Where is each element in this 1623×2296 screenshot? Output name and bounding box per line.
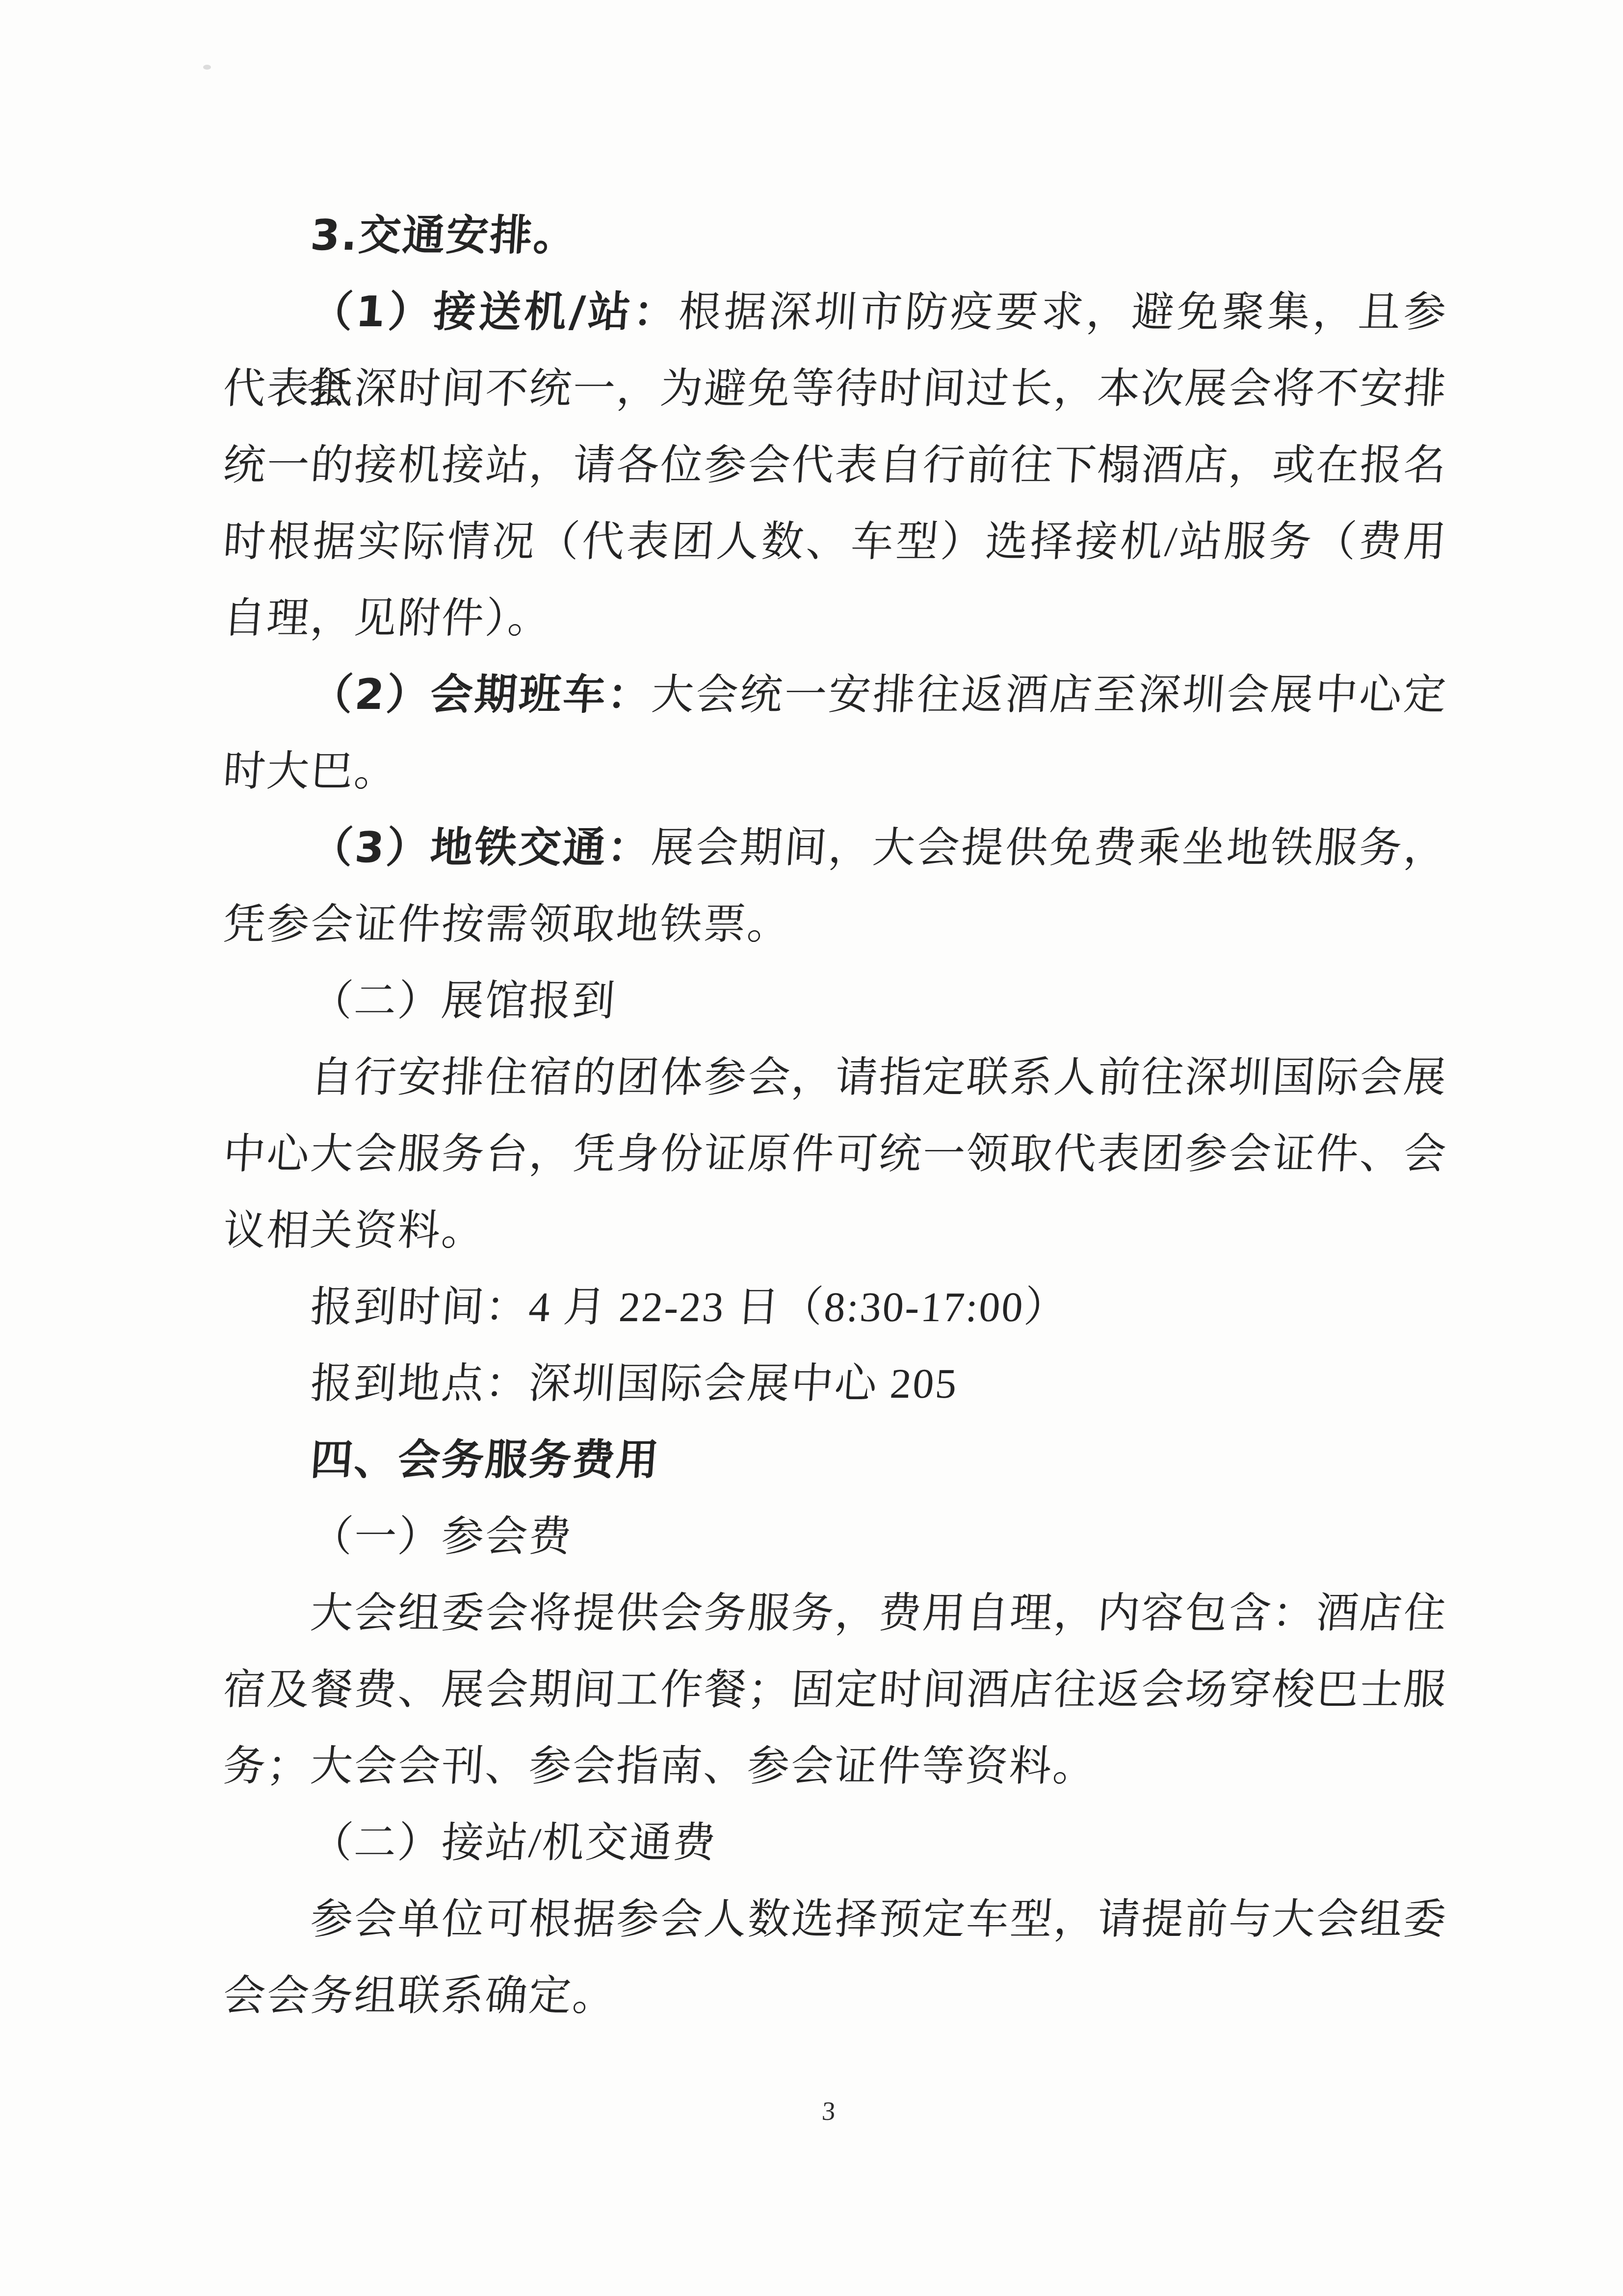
body-text: 参会单位可根据参会人数选择预定车型，请提前与大会组委 — [309, 1896, 1449, 1943]
body-text: 大会组委会将提供会务服务，费用自理，内容包含：酒店住 — [309, 1590, 1449, 1637]
text-line: 报到时间：4 月 22-23 日（8:30-17:00） — [221, 1269, 1450, 1345]
text-line: 自行安排住宿的团体参会，请指定联系人前往深圳国际会展 — [221, 1039, 1450, 1116]
text-line: 凭参会证件按需领取地铁票。 — [221, 886, 1450, 963]
text-line: 时大巴。 — [221, 733, 1450, 809]
heading-text: （2）会期班车： — [309, 670, 654, 719]
document-page: 3.交通安排。（1）接送机/站：根据深圳市防疫要求，避免聚集，且参会代表抵深时间… — [0, 0, 1623, 2296]
text-line: （1）接送机/站：根据深圳市防疫要求，避免聚集，且参会 — [221, 274, 1450, 350]
text-line: （3）地铁交通：展会期间，大会提供免费乘坐地铁服务， — [221, 809, 1450, 886]
heading-text: （1）接送机/站： — [309, 287, 681, 337]
heading-text: （3）地铁交通： — [309, 823, 654, 872]
body-text: 中心大会服务台，凭身份证原件可统一领取代表团参会证件、会 — [222, 1130, 1449, 1177]
scan-speck — [203, 65, 211, 70]
body-text: 时根据实际情况（代表团人数、车型）选择接机/站服务（费用 — [222, 518, 1449, 565]
document-body: 3.交通安排。（1）接送机/站：根据深圳市防疫要求，避免聚集，且参会代表抵深时间… — [223, 197, 1447, 2034]
body-text: 务；大会会刊、参会指南、参会证件等资料。 — [222, 1743, 1099, 1790]
page-number: 3 — [0, 2096, 1623, 2126]
body-text: 大会统一安排往返酒店至深圳会展中心定 — [650, 671, 1449, 718]
body-text: 会会务组联系确定。 — [222, 1972, 618, 2019]
text-line: 自理，见附件）。 — [221, 580, 1450, 656]
heading-text: 四、会务服务费用 — [309, 1435, 662, 1485]
body-text: （一）参会费 — [309, 1513, 575, 1560]
body-text: （二）展馆报到 — [309, 977, 618, 1024]
body-text: 宿及餐费、展会期间工作餐；固定时间酒店往返会场穿梭巴士服 — [222, 1666, 1449, 1713]
text-line: 四、会务服务费用 — [221, 1422, 1450, 1498]
text-line: 3.交通安排。 — [221, 197, 1450, 274]
text-line: （二）展馆报到 — [221, 963, 1450, 1039]
body-text: 统一的接机接站，请各位参会代表自行前往下榻酒店，或在报名 — [222, 442, 1449, 489]
body-text: 凭参会证件按需领取地铁票。 — [222, 901, 793, 948]
text-line: 中心大会服务台，凭身份证原件可统一领取代表团参会证件、会 — [221, 1116, 1450, 1192]
text-line: 务；大会会刊、参会指南、参会证件等资料。 — [221, 1728, 1450, 1804]
body-text: 报到地点：深圳国际会展中心 205 — [309, 1360, 960, 1407]
text-line: 报到地点：深圳国际会展中心 205 — [221, 1345, 1450, 1422]
text-line: 宿及餐费、展会期间工作餐；固定时间酒店往返会场穿梭巴士服 — [221, 1651, 1450, 1728]
text-line: 代表抵深时间不统一，为避免等待时间过长，本次展会将不安排 — [221, 350, 1450, 427]
text-line: 时根据实际情况（代表团人数、车型）选择接机/站服务（费用 — [221, 503, 1450, 580]
text-line: （2）会期班车：大会统一安排往返酒店至深圳会展中心定 — [221, 656, 1450, 733]
text-line: （一）参会费 — [221, 1498, 1450, 1575]
text-line: （二）接站/机交通费 — [221, 1804, 1450, 1881]
text-line: 会会务组联系确定。 — [221, 1957, 1450, 2034]
body-text: 自理，见附件）。 — [222, 595, 553, 642]
body-text: 议相关资料。 — [222, 1207, 487, 1254]
body-text: 自行安排住宿的团体参会，请指定联系人前往深圳国际会展 — [309, 1054, 1449, 1101]
body-text: 时大巴。 — [222, 748, 400, 795]
text-line: 议相关资料。 — [221, 1192, 1450, 1269]
text-line: 参会单位可根据参会人数选择预定车型，请提前与大会组委 — [221, 1881, 1450, 1957]
body-text: 报到时间：4 月 22-23 日（8:30-17:00） — [309, 1283, 1070, 1331]
heading-text: 3.交通安排。 — [309, 211, 579, 260]
body-text: （二）接站/机交通费 — [309, 1819, 719, 1866]
text-line: 统一的接机接站，请各位参会代表自行前往下榻酒店，或在报名 — [221, 427, 1450, 503]
text-line: 大会组委会将提供会务服务，费用自理，内容包含：酒店住 — [221, 1575, 1450, 1651]
body-text: 展会期间，大会提供免费乘坐地铁服务， — [650, 824, 1449, 871]
body-text: 代表抵深时间不统一，为避免等待时间过长，本次展会将不安排 — [222, 365, 1449, 412]
